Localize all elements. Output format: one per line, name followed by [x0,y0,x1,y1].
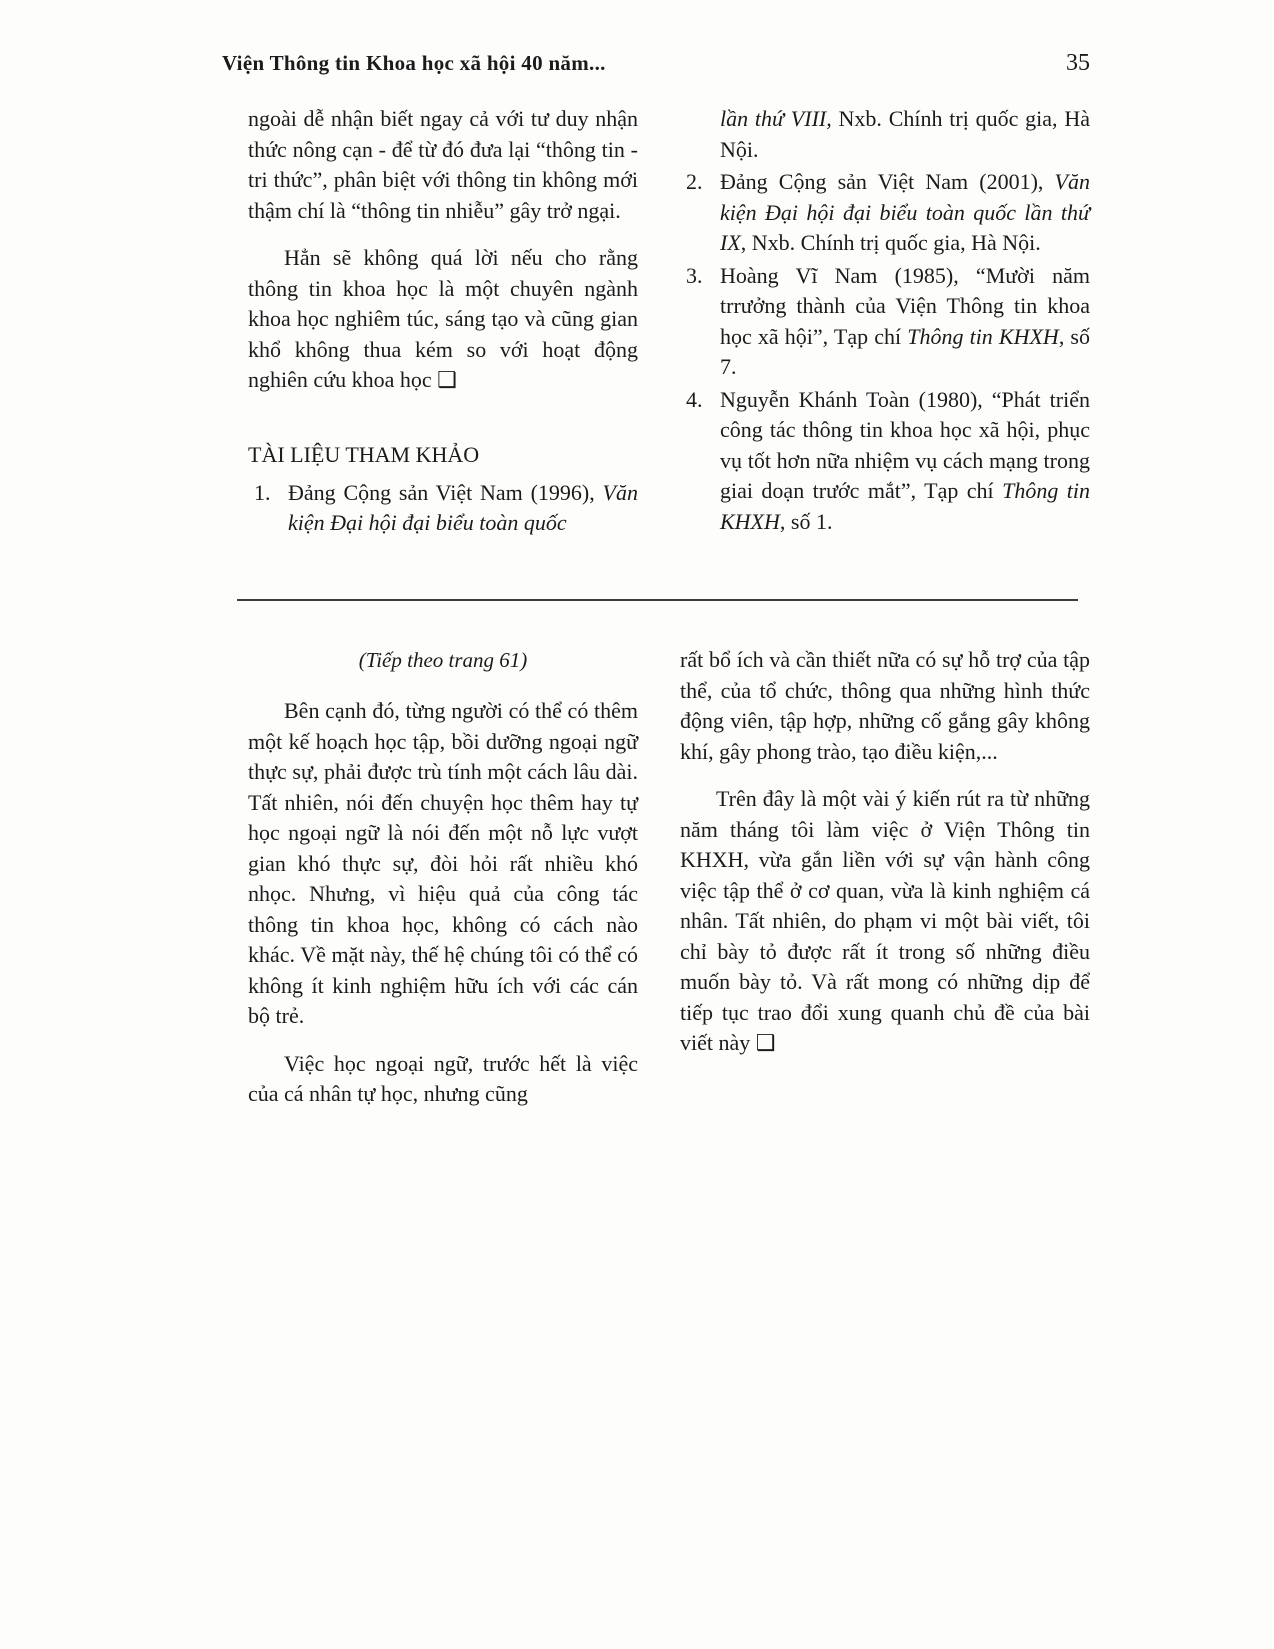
left-column: ngoài dễ nhận biết ngay cả với tư duy nh… [248,104,638,539]
references-heading: TÀI LIỆU THAM KHẢO [248,440,638,470]
reference-journal-italic: Thông tin KHXH [907,324,1059,349]
reference-number: 4. [686,385,703,416]
reference-title-italic: lần thứ VIII, [720,106,832,131]
paragraph-closing: Hẳn sẽ không quá lời nếu cho rằng thông … [248,243,638,396]
continued-article-section: (Tiếp theo trang 61) Bên cạnh đó, từng n… [248,645,1090,1110]
references-section: ngoài dễ nhận biết ngay cả với tư duy nh… [248,104,1090,539]
reference-item-1-continuation: lần thứ VIII, Nxb. Chính trị quốc gia, H… [680,104,1090,165]
reference-text: Đảng Cộng sản Việt Nam (1996), [288,480,603,505]
reference-number: 2. [686,167,703,198]
paragraph-continuation: rất bổ ích và cần thiết nữa có sự hỗ trợ… [680,645,1090,767]
running-title: Viện Thông tin Khoa học xã hội 40 năm... [222,51,606,76]
page-number: 35 [1066,50,1090,77]
reference-item-2: 2. Đảng Cộng sản Việt Nam (2001), Văn ki… [680,167,1090,259]
reference-number: 3. [686,261,703,292]
left-column: (Tiếp theo trang 61) Bên cạnh đó, từng n… [248,645,638,1110]
page-header: Viện Thông tin Khoa học xã hội 40 năm...… [222,50,1090,77]
paragraph-continuation: ngoài dễ nhận biết ngay cả với tư duy nh… [248,104,638,226]
paragraph: Bên cạnh đó, từng người có thể có thêm m… [248,696,638,1032]
continued-from-note: (Tiếp theo trang 61) [248,645,638,675]
journal-page: Viện Thông tin Khoa học xã hội 40 năm...… [0,0,1274,1649]
right-column: rất bổ ích và cần thiết nữa có sự hỗ trợ… [680,645,1090,1110]
reference-number: 1. [254,478,271,509]
reference-text: Đảng Cộng sản Việt Nam (2001), [720,169,1055,194]
reference-text: , số 1. [780,509,833,534]
paragraph: Việc học ngoại ngữ, trước hết là việc củ… [248,1049,638,1110]
reference-item-4: 4. Nguyễn Khánh Toàn (1980), “Phát triển… [680,385,1090,538]
reference-text: , Nxb. Chính trị quốc gia, Hà Nội. [741,230,1041,255]
right-column: lần thứ VIII, Nxb. Chính trị quốc gia, H… [680,104,1090,539]
section-divider [237,599,1078,601]
paragraph-closing: Trên đây là một vài ý kiến rút ra từ nhữ… [680,784,1090,1059]
reference-item-1: 1. Đảng Cộng sản Việt Nam (1996), Văn ki… [248,478,638,539]
reference-item-3: 3. Hoàng Vĩ Nam (1985), “Mười năm trrưởn… [680,261,1090,383]
